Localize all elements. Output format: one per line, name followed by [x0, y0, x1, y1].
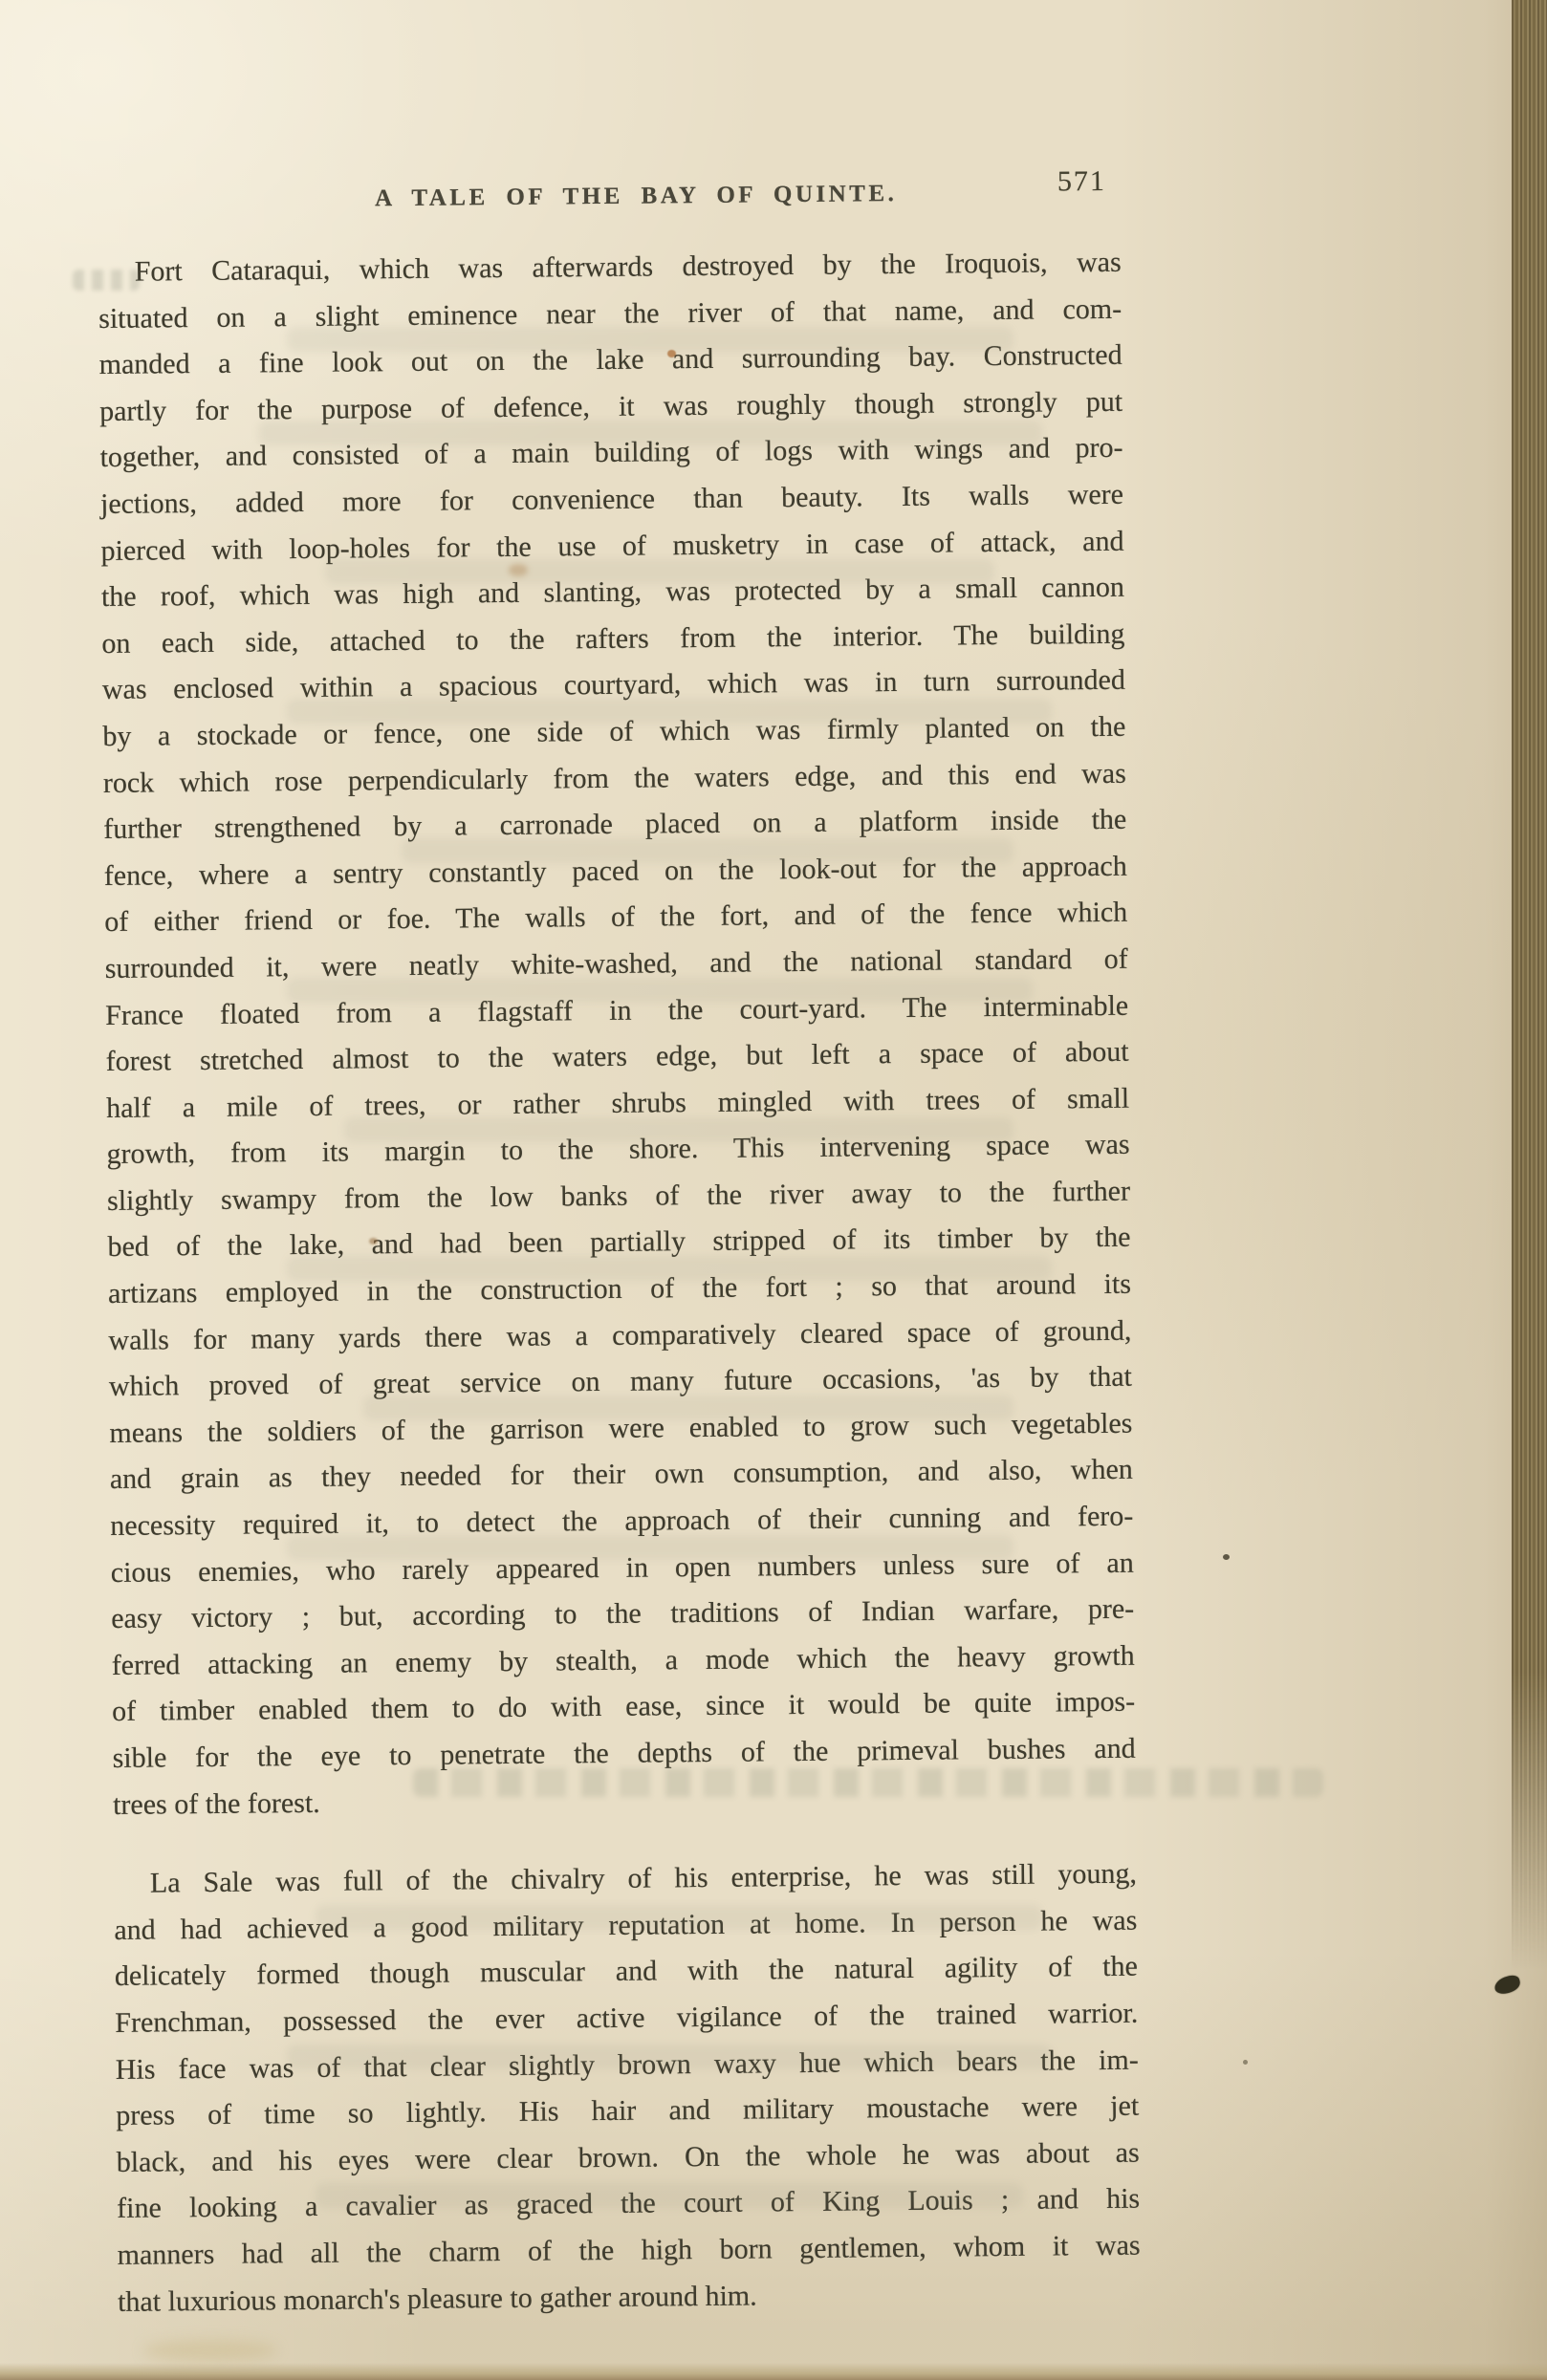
- book-page-edge-band: [1512, 0, 1547, 1988]
- bleed-through-band: [325, 559, 994, 584]
- text-line: that luxurious monarch's pleasure to gat…: [118, 2269, 1141, 2326]
- page-number: 571: [1057, 165, 1106, 198]
- running-header: A TALE OF THE BAY OF QUINTE.: [375, 181, 898, 212]
- bleed-through-band: [344, 1117, 1013, 1142]
- scanned-book-photo: { "page": { "header": "A TALE OF THE BAY…: [0, 0, 1547, 2380]
- bleed-through-band: [287, 2045, 1052, 2069]
- ink-speck: [1243, 2060, 1248, 2065]
- text-line: manners had all the charm of the high bo…: [117, 2223, 1140, 2280]
- bleed-through-mark: [73, 270, 140, 291]
- bleed-through-band: [402, 838, 1013, 863]
- paper-stain: [143, 2340, 277, 2361]
- bleed-through-band: [287, 327, 1013, 352]
- bleed-through-band: [363, 1396, 1013, 1420]
- rust-speck: [369, 1238, 378, 1244]
- body-text: Fort Cataraqui, which was afterwards des…: [98, 240, 1142, 2326]
- rust-speck: [667, 350, 676, 357]
- paragraph: Fort Cataraqui, which was afterwards des…: [98, 240, 1137, 1828]
- bleed-through-text-band: [413, 1768, 1323, 1797]
- bleed-through-band: [287, 699, 1052, 724]
- bleed-through-band: [316, 2183, 1023, 2208]
- bleed-through-band: [287, 1535, 1013, 1560]
- page-bottom-edge: [0, 2363, 1547, 2380]
- bleed-through-band: [287, 978, 1033, 1003]
- rust-stain: [509, 564, 528, 576]
- ink-speck: [1223, 1554, 1230, 1560]
- page-content: A TALE OF THE BAY OF QUINTE. 571 Fort Ca…: [0, 0, 1547, 2380]
- bleed-through-band: [287, 1256, 1052, 1281]
- bleed-through-band: [316, 1905, 1042, 1930]
- bleed-through-band: [258, 421, 1042, 445]
